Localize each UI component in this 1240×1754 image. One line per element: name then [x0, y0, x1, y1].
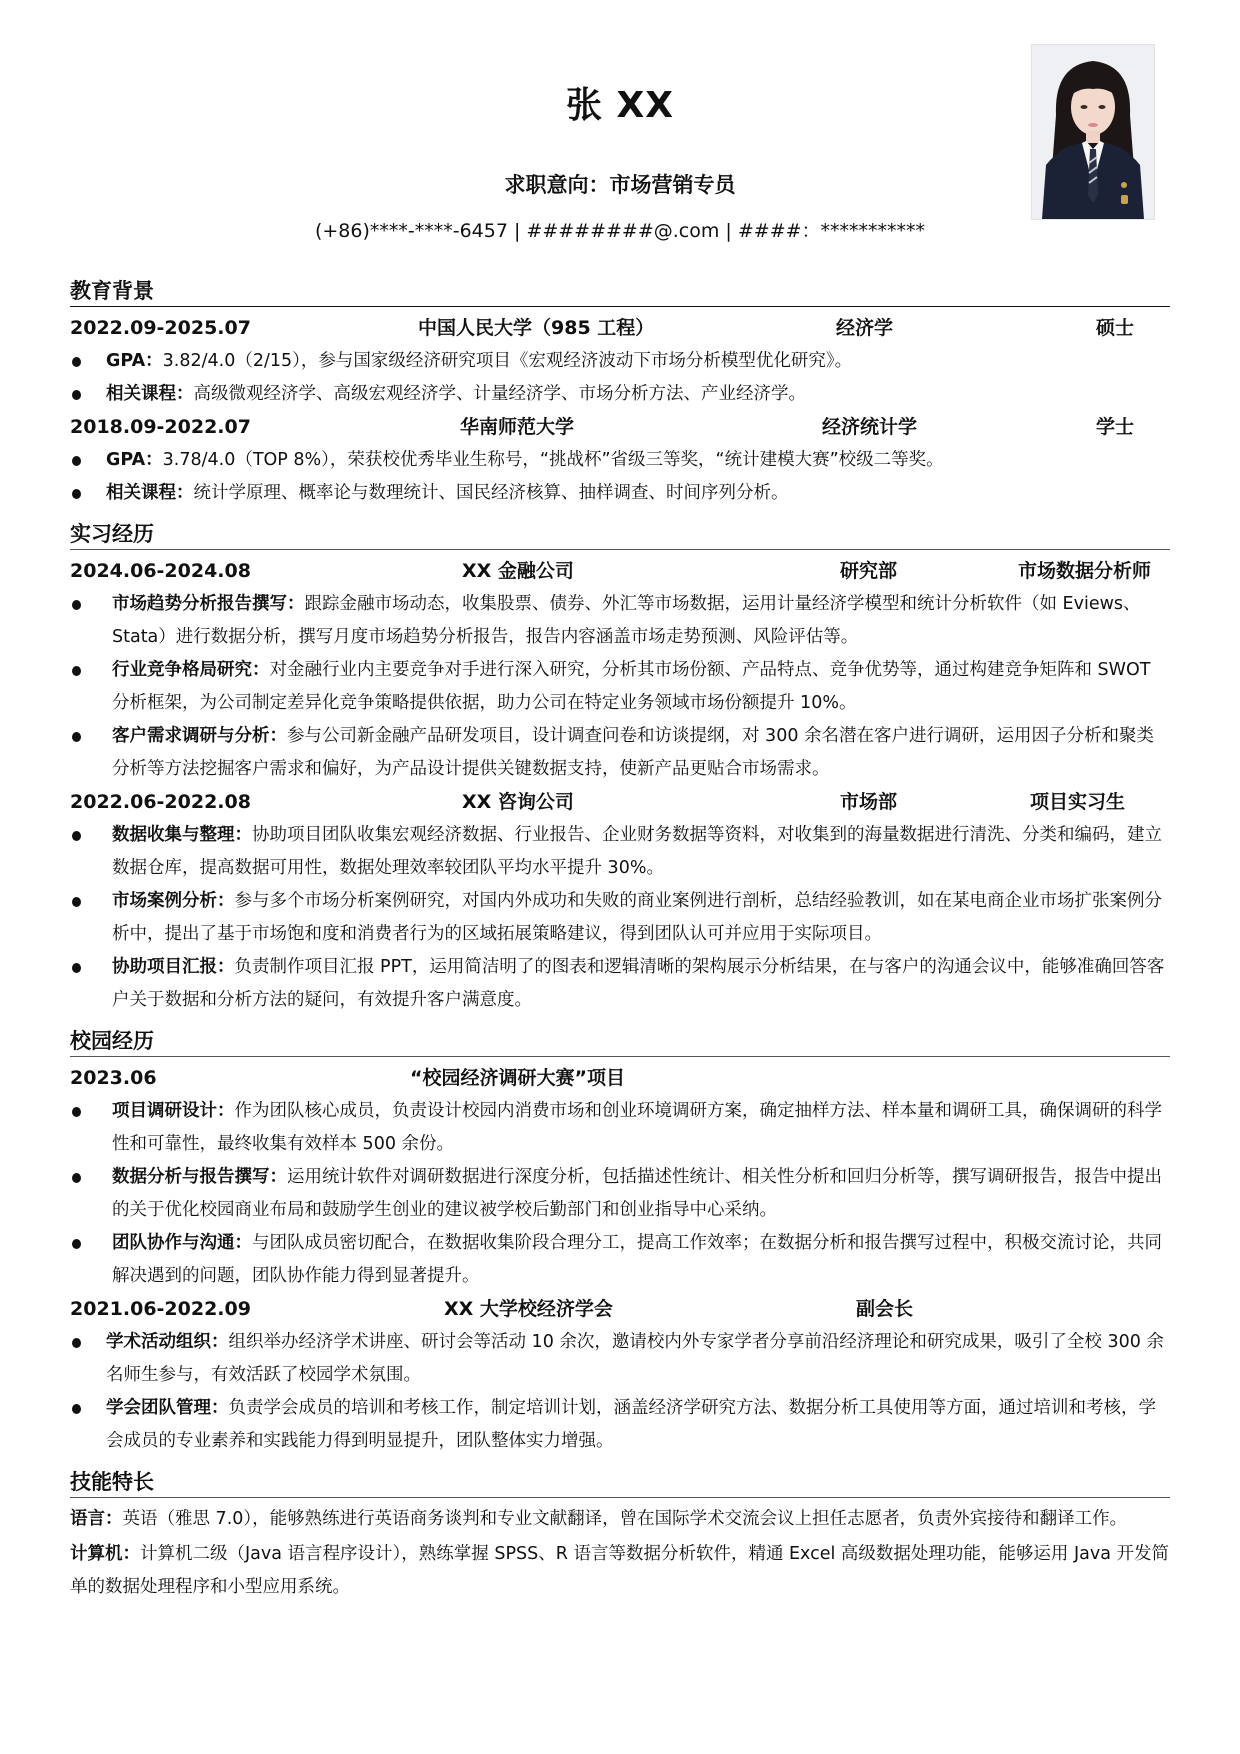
bullet-label: 团队协作与沟通：: [112, 1233, 252, 1253]
entry-date: 2023.06: [70, 1062, 157, 1095]
bullet-text: 组织举办经济学术讲座、研讨会等活动 10 余次，邀请校内外专家学者分享前沿经济理…: [106, 1332, 1164, 1385]
major: 经济统计学: [822, 411, 917, 444]
skill-item-language: 语言：英语（雅思 7.0），能够熟练进行英语商务谈判和专业文献翻译，曾在国际学术…: [70, 1503, 1170, 1536]
bullet-text: 与团队成员密切配合，在数据收集阶段合理分工，提高工作效率；在数据分析和报告撰写过…: [112, 1233, 1162, 1286]
company-name: XX 咨询公司: [462, 786, 574, 819]
list-item: 市场案例分析：参与多个市场分析案例研究，对国内外成功和失败的商业案例进行剖析，总…: [70, 885, 1170, 951]
bullet-text: 参与多个市场分析案例研究，对国内外成功和失败的商业案例进行剖析，总结经验教训，如…: [112, 891, 1162, 944]
bullet-list: 项目调研设计：作为团队核心成员，负责设计校园内消费市场和创业环境调研方案，确定抽…: [70, 1095, 1170, 1293]
department: 市场部: [840, 786, 897, 819]
bullet-label: 相关课程：: [106, 384, 194, 404]
campus-entry: 2023.06 “校园经济调研大赛”项目 项目调研设计：作为团队核心成员，负责设…: [70, 1062, 1170, 1293]
resume-page: 张 XX 求职意向：市场营销专员 (+86)****-****-6457 | #…: [0, 0, 1240, 1754]
skill-text: 计算机二级（Java 语言程序设计），熟练掌握 SPSS、R 语言等数据分析软件…: [70, 1544, 1169, 1597]
list-item: GPA：3.78/4.0（TOP 8%），荣获校优秀毕业生称号，“挑战杯”省级三…: [70, 444, 1170, 477]
resume-content: 教育背景 2022.09-2025.07 中国人民大学（985 工程） 经济学 …: [70, 275, 1170, 1612]
section-title-campus: 校园经历: [70, 1025, 1170, 1057]
section-title-skills: 技能特长: [70, 1466, 1170, 1498]
school-name: 中国人民大学（985 工程）: [418, 312, 654, 345]
skill-item-computer: 计算机：计算机二级（Java 语言程序设计），熟练掌握 SPSS、R 语言等数据…: [70, 1538, 1170, 1604]
list-item: 学会团队管理：负责学会成员的培训和考核工作，制定培训计划，涵盖经济学研究方法、数…: [70, 1392, 1170, 1458]
list-item: 数据分析与报告撰写：运用统计软件对调研数据进行深度分析，包括描述性统计、相关性分…: [70, 1161, 1170, 1227]
degree: 硕士: [1096, 312, 1134, 345]
bullet-label: 市场趋势分析报告撰写：: [112, 594, 305, 614]
portrait-image: [1032, 45, 1154, 219]
bullet-label: 数据分析与报告撰写：: [112, 1167, 287, 1187]
school-name: 华南师范大学: [460, 411, 574, 444]
bullet-text: 作为团队核心成员，负责设计校园内消费市场和创业环境调研方案，确定抽样方法、样本量…: [112, 1101, 1162, 1154]
section-title-internship: 实习经历: [70, 518, 1170, 550]
entry-header: 2022.06-2022.08 XX 咨询公司 市场部 项目实习生: [70, 786, 1170, 819]
bullet-list: 数据收集与整理：协助项目团队收集宏观经济数据、行业报告、企业财务数据等资料，对收…: [70, 819, 1170, 1017]
bullet-list: GPA：3.78/4.0（TOP 8%），荣获校优秀毕业生称号，“挑战杯”省级三…: [70, 444, 1170, 510]
organization-name: XX 大学校经济学会: [444, 1293, 613, 1326]
list-item: 相关课程：统计学原理、概率论与数理统计、国民经济核算、抽样调查、时间序列分析。: [70, 477, 1170, 510]
list-item: 客户需求调研与分析：参与公司新金融产品研发项目，设计调查问卷和访谈提纲，对 30…: [70, 720, 1170, 786]
bullet-label: 学会团队管理：: [106, 1398, 229, 1418]
bullet-label: GPA：: [106, 450, 163, 470]
entry-date: 2018.09-2022.07: [70, 411, 251, 444]
bullet-label: 相关课程：: [106, 483, 194, 503]
skill-label: 计算机：: [70, 1544, 140, 1564]
department: 研究部: [840, 555, 897, 588]
profile-photo: [1031, 44, 1155, 220]
bullet-text: 负责学会成员的培训和考核工作，制定培训计划，涵盖经济学研究方法、数据分析工具使用…: [106, 1398, 1156, 1451]
entry-header: 2021.06-2022.09 XX 大学校经济学会 副会长: [70, 1293, 1170, 1326]
entry-header: 2022.09-2025.07 中国人民大学（985 工程） 经济学 硕士: [70, 312, 1170, 345]
bullet-label: GPA：: [106, 351, 163, 371]
list-item: 学术活动组织：组织举办经济学术讲座、研讨会等活动 10 余次，邀请校内外专家学者…: [70, 1326, 1170, 1392]
job-role: 副会长: [856, 1293, 913, 1326]
entry-header: 2018.09-2022.07 华南师范大学 经济统计学 学士: [70, 411, 1170, 444]
bullet-label: 项目调研设计：: [112, 1101, 235, 1121]
bullet-text: 3.78/4.0（TOP 8%），荣获校优秀毕业生称号，“挑战杯”省级三等奖，“…: [163, 450, 944, 470]
skills-section: 技能特长 语言：英语（雅思 7.0），能够熟练进行英语商务谈判和专业文献翻译，曾…: [70, 1466, 1170, 1604]
list-item: GPA：3.82/4.0（2/15），参与国家级经济研究项目《宏观经济波动下市场…: [70, 345, 1170, 378]
bullet-label: 市场案例分析：: [112, 891, 235, 911]
campus-section: 校园经历 2023.06 “校园经济调研大赛”项目 项目调研设计：作为团队核心成…: [70, 1025, 1170, 1458]
education-entry: 2022.09-2025.07 中国人民大学（985 工程） 经济学 硕士 GP…: [70, 312, 1170, 411]
bullet-label: 数据收集与整理：: [112, 825, 252, 845]
list-item: 行业竞争格局研究：对金融行业内主要竞争对手进行深入研究，分析其市场份额、产品特点…: [70, 654, 1170, 720]
bullet-list: 学术活动组织：组织举办经济学术讲座、研讨会等活动 10 余次，邀请校内外专家学者…: [70, 1326, 1170, 1458]
entry-date: 2022.06-2022.08: [70, 786, 251, 819]
bullet-list: GPA：3.82/4.0（2/15），参与国家级经济研究项目《宏观经济波动下市场…: [70, 345, 1170, 411]
list-item: 数据收集与整理：协助项目团队收集宏观经济数据、行业报告、企业财务数据等资料，对收…: [70, 819, 1170, 885]
entry-header: 2023.06 “校园经济调研大赛”项目: [70, 1062, 1170, 1095]
list-item: 项目调研设计：作为团队核心成员，负责设计校园内消费市场和创业环境调研方案，确定抽…: [70, 1095, 1170, 1161]
bullet-text: 协助项目团队收集宏观经济数据、行业报告、企业财务数据等资料，对收集到的海量数据进…: [112, 825, 1162, 878]
bullet-text: 负责制作项目汇报 PPT，运用简洁明了的图表和逻辑清晰的架构展示分析结果，在与客…: [112, 957, 1164, 1010]
bullet-label: 学术活动组织：: [106, 1332, 229, 1352]
company-name: XX 金融公司: [462, 555, 574, 588]
bullet-text: 统计学原理、概率论与数理统计、国民经济核算、抽样调查、时间序列分析。: [194, 483, 789, 503]
list-item: 相关课程：高级微观经济学、高级宏观经济学、计量经济学、市场分析方法、产业经济学。: [70, 378, 1170, 411]
section-title-education: 教育背景: [70, 275, 1170, 307]
degree: 学士: [1096, 411, 1134, 444]
contact-info: (+86)****-****-6457 | ########@.com | ##…: [0, 217, 1240, 245]
internship-section: 实习经历 2024.06-2024.08 XX 金融公司 研究部 市场数据分析师…: [70, 518, 1170, 1017]
bullet-text: 3.82/4.0（2/15），参与国家级经济研究项目《宏观经济波动下市场分析模型…: [163, 351, 853, 371]
education-entry: 2018.09-2022.07 华南师范大学 经济统计学 学士 GPA：3.78…: [70, 411, 1170, 510]
list-item: 市场趋势分析报告撰写：跟踪金融市场动态，收集股票、债券、外汇等市场数据，运用计量…: [70, 588, 1170, 654]
major: 经济学: [836, 312, 893, 345]
bullet-list: 市场趋势分析报告撰写：跟踪金融市场动态，收集股票、债券、外汇等市场数据，运用计量…: [70, 588, 1170, 786]
internship-entry: 2024.06-2024.08 XX 金融公司 研究部 市场数据分析师 市场趋势…: [70, 555, 1170, 786]
bullet-label: 客户需求调研与分析：: [112, 726, 287, 746]
bullet-label: 行业竞争格局研究：: [112, 660, 270, 680]
job-role: 项目实习生: [1030, 786, 1125, 819]
education-section: 教育背景 2022.09-2025.07 中国人民大学（985 工程） 经济学 …: [70, 275, 1170, 510]
list-item: 协助项目汇报：负责制作项目汇报 PPT，运用简洁明了的图表和逻辑清晰的架构展示分…: [70, 951, 1170, 1017]
entry-date: 2021.06-2022.09: [70, 1293, 251, 1326]
bullet-label: 协助项目汇报：: [112, 957, 235, 977]
entry-date: 2022.09-2025.07: [70, 312, 251, 345]
skill-label: 语言：: [70, 1509, 123, 1529]
project-name: “校园经济调研大赛”项目: [410, 1062, 625, 1095]
campus-entry: 2021.06-2022.09 XX 大学校经济学会 副会长 学术活动组织：组织…: [70, 1293, 1170, 1458]
internship-entry: 2022.06-2022.08 XX 咨询公司 市场部 项目实习生 数据收集与整…: [70, 786, 1170, 1017]
job-role: 市场数据分析师: [1018, 555, 1151, 588]
bullet-text: 高级微观经济学、高级宏观经济学、计量经济学、市场分析方法、产业经济学。: [194, 384, 807, 404]
skill-text: 英语（雅思 7.0），能够熟练进行英语商务谈判和专业文献翻译，曾在国际学术交流会…: [123, 1509, 1128, 1529]
entry-date: 2024.06-2024.08: [70, 555, 251, 588]
list-item: 团队协作与沟通：与团队成员密切配合，在数据收集阶段合理分工，提高工作效率；在数据…: [70, 1227, 1170, 1293]
entry-header: 2024.06-2024.08 XX 金融公司 研究部 市场数据分析师: [70, 555, 1170, 588]
